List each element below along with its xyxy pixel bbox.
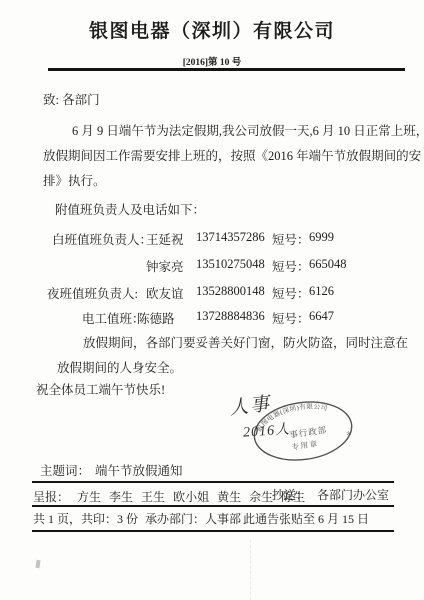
duty-row-electrician: 电工值班： 陈德路 13728884836 短号： 6647 <box>0 309 424 327</box>
duty-roster-intro: 附值班负责人及电话如下： <box>55 203 205 218</box>
report-name: 王生 <box>141 488 165 505</box>
cc-label: 抄送： <box>272 488 308 502</box>
short-number-label: 短号： <box>272 284 310 302</box>
footer-rule-3 <box>32 530 394 532</box>
duty-row-day-shift: 白班值班负责人： 王延祝 13714357286 短号： 6999 <box>0 230 424 248</box>
scan-smudge <box>35 560 40 568</box>
subject-line: 主题词：端午节放假通知 <box>40 464 183 479</box>
festival-greeting: 祝全体员工端午节快乐! <box>36 383 165 398</box>
report-name: 方生 <box>77 488 101 505</box>
short-number-label: 短号： <box>272 309 310 327</box>
duty-name: 陈德路 <box>137 309 175 327</box>
paragraph1-line2: 放假期间因工作需要安排上班的，按照《2016 年端午节放假期间的安 <box>43 149 421 164</box>
duty-phone: 13528800148 <box>196 284 265 299</box>
duty-name: 王延祝 <box>146 230 184 248</box>
duty-name: 欧友谊 <box>146 284 184 302</box>
report-name: 黄生 <box>217 488 241 505</box>
footer-rule-2 <box>32 505 394 507</box>
duty-row-night-shift: 夜班值班负责人: 欧友谊 13528800148 短号： 6126 <box>0 284 424 302</box>
report-line: 呈报： 方生 李生 王生 欧小姐 黄生 佘生 陈生 <box>33 488 305 505</box>
duty-role: 夜班值班负责人: <box>47 284 138 302</box>
paragraph1-line3: 排》执行。 <box>43 174 106 189</box>
salutation: 致: 各部门 <box>43 93 100 108</box>
subject-label: 主题词： <box>40 464 90 478</box>
duty-phone: 13714357286 <box>196 230 265 245</box>
duty-role: 电工值班： <box>82 309 145 327</box>
short-number-label: 短号： <box>272 257 310 275</box>
report-name: 欧小姐 <box>173 488 209 505</box>
paper-crease <box>250 540 252 600</box>
duty-phone: 13510275048 <box>196 257 265 272</box>
duty-phone: 13728884836 <box>196 309 265 324</box>
paragraph1-line1: 6 月 9 日端午节为法定假期,我公司放假一天,6 月 10 日正常上班， <box>72 124 424 139</box>
short-number-value: 6999 <box>309 230 334 245</box>
post-until-notice: 此通告张贴至 6 月 15 日 <box>243 512 369 526</box>
handwriting-note-bottom: 2016人 <box>242 418 290 441</box>
print-info: 共 1 页，共印：3 份 <box>33 512 138 526</box>
subject-value: 端午节放假通知 <box>95 464 183 478</box>
report-name: 佘生 <box>249 488 273 505</box>
duty-role: 白班值班负责人： <box>52 230 152 248</box>
company-title: 银图电器（深圳）有限公司 <box>0 16 424 43</box>
handwriting-note-top: 人事 <box>228 389 273 421</box>
document-number: [2016]第 10 号 <box>0 54 424 68</box>
short-number-value: 665048 <box>309 257 347 272</box>
duty-row-day-shift-2: 钟家亮 13510275048 短号： 665048 <box>0 257 424 275</box>
header-rule <box>48 68 405 71</box>
seal-bottom-text: 专用章 <box>291 438 319 452</box>
seal-center-text: 事行政部 <box>289 425 328 440</box>
paragraph2-line1: 放假期间，各部门要妥善关好门窗，防火防盗，同时注意在 <box>83 336 408 351</box>
short-number-value: 6126 <box>309 284 334 299</box>
report-name: 李生 <box>109 488 133 505</box>
handling-department: 承办部门：人事部 <box>145 512 241 526</box>
report-label: 呈报： <box>33 488 69 505</box>
cc-value: 各部门办公室 <box>317 488 389 502</box>
scanned-notice-document: 银图电器（深圳）有限公司 [2016]第 10 号 致: 各部门 6 月 9 日… <box>0 0 424 600</box>
short-number-value: 6647 <box>309 309 334 324</box>
footer-rule-1 <box>32 481 394 483</box>
short-number-label: 短号： <box>272 230 310 248</box>
paragraph2-line2: 放假期间的人身安全。 <box>57 361 182 376</box>
seal-star-icon: ＊ <box>346 431 353 438</box>
duty-name: 钟家亮 <box>146 257 184 275</box>
